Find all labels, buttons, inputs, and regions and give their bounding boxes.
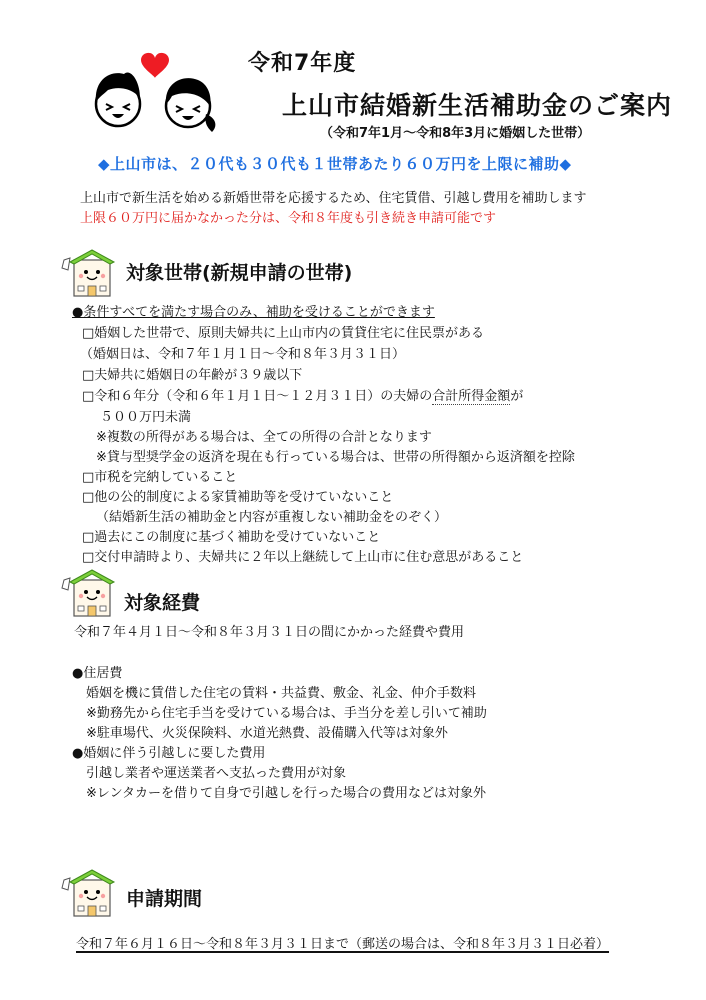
intro-notice: 上限６０万円に届かなかった分は、令和８年度も引き続き申請可能です [80,207,496,226]
girl-face-icon [166,78,216,132]
eligible-item: □交付申請時より、夫婦共に２年以上継続して上山市に住む意思があること [82,548,523,568]
expense-note: ※勤務先から住宅手当を受けている場合は、手当分を差し引いて補助 [86,704,487,724]
eligible-item: □他の公的制度による家賃補助等を受けていないこと [82,488,393,508]
expense-note: ※駐車場代、火災保険料、水道光熱費、設備購入代等は対象外 [86,724,448,744]
intro-text: 上山市で新生活を始める新婚世帯を応援するため、住宅賃借、引越し費用を補助します [80,187,586,206]
highlight-banner: ◆上山市は、２０代も３０代も１世帯あたり６０万円を上限に補助◆ [98,153,572,174]
eligible-item: □過去にこの制度に基づく補助を受けていないこと [82,528,380,548]
eligible-item: □市税を完納していること [82,468,237,488]
expense-item: 婚姻を機に賃借した住宅の賃料・共益費、敷金、礼金、仲介手数料 [86,684,476,704]
expense-item: 引越し業者や運送業者へ支払った費用が対象 [86,764,346,784]
expense-category: ●婚姻に伴う引越しに要した費用 [72,744,265,764]
eligible-note: ※複数の所得がある場合は、全ての所得の合計となります [96,428,432,448]
eligible-item: （婚姻日は、令和７年１月１日～令和８年３月３１日） [80,345,405,365]
income-condition-text: □令和６年分（令和６年１月１日～１２月３１日）の夫婦の [82,389,432,404]
eligible-lead: ●条件すべてを満たす場合のみ、補助を受けることができます [72,303,435,323]
eligible-item: □令和６年分（令和６年１月１日～１２月３１日）の夫婦の合計所得金額が [82,387,523,407]
house-mascot-icon [58,868,116,918]
expenses-period: 令和７年４月１日～令和８年３月３１日の間にかかった経費や費用 [74,623,464,643]
expense-note: ※レンタカーを借りて自身で引越しを行った場合の費用などは対象外 [86,784,486,804]
total-income-term: 合計所得金額 [432,389,510,405]
eligible-note: （結婚新生活の補助金と内容が重複しない補助金をのぞく） [96,508,447,528]
title-year: 令和7年度 [248,46,356,77]
heart-icon [141,53,169,78]
section-title-expenses: 対象経費 [124,588,200,615]
house-mascot-icon [58,568,116,618]
page-subtitle: （令和7年1月～令和8年3月に婚姻した世帯） [320,122,590,141]
eligible-item: ５００万円未満 [100,408,191,428]
eligible-note: ※貸与型奨学金の返済を現在も行っている場合は、世帯の所得額から返済額を控除 [96,448,575,468]
income-condition-suffix: が [510,389,523,404]
eligible-item: □婚姻した世帯で、原則夫婦共に上山市内の賃貸住宅に住民票がある [82,324,484,344]
eligible-item: □夫婦共に婚姻日の年齢が３９歳以下 [82,366,302,386]
section-title-eligible: 対象世帯(新規申請の世帯) [126,258,352,285]
page-title: 上山市結婚新生活補助金のご案内 [282,86,672,122]
boy-face-icon [96,72,140,126]
house-mascot-icon [58,248,116,298]
section-title-application: 申請期間 [126,884,202,911]
couple-illustration [88,44,238,134]
expense-category: ●住居費 [72,664,122,684]
application-period: 令和７年６月１６日～令和８年３月３１日まで（郵送の場合は、令和８年３月３１日必着… [76,933,609,952]
